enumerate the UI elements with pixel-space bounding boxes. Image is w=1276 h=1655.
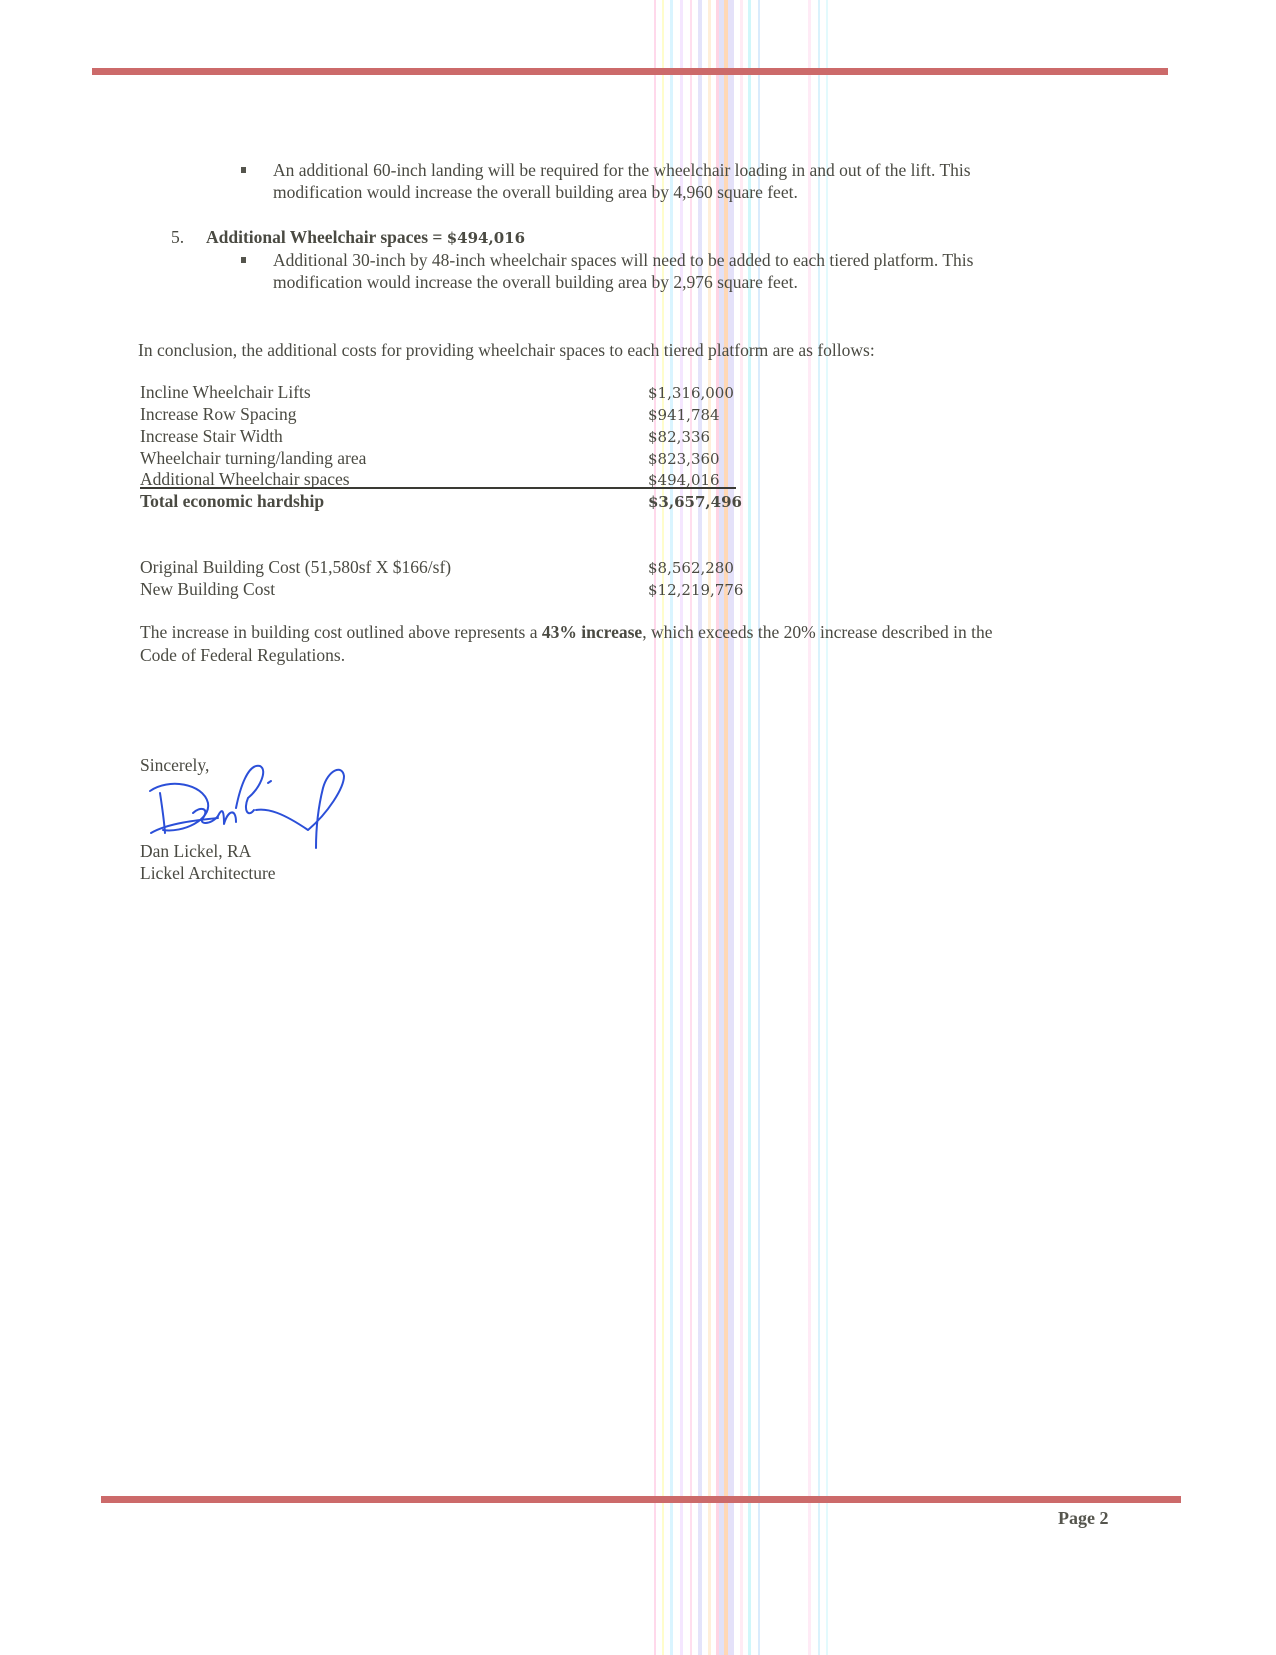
subtotal-rule bbox=[140, 487, 736, 489]
conclusion-intro: In conclusion, the additional costs for … bbox=[138, 339, 875, 361]
cost-label: Increase Row Spacing bbox=[140, 404, 296, 425]
increase-statement-before: The increase in building cost outlined a… bbox=[140, 622, 542, 642]
cost-row: Incline Wheelchair Lifts $1,316,000 bbox=[140, 382, 740, 404]
cost-row: Increase Row Spacing $941,784 bbox=[140, 404, 740, 426]
cost-value: $1,316,000 bbox=[648, 382, 734, 404]
bullet-marker bbox=[241, 167, 246, 173]
item4-bullet-line1: An additional 60-inch landing will be re… bbox=[273, 159, 971, 181]
item5-heading-text: Additional Wheelchair spaces = bbox=[206, 227, 447, 247]
cost-row: Wheelchair turning/landing area $823,360 bbox=[140, 448, 740, 470]
header-rule bbox=[92, 68, 1168, 75]
page-number: Page 2 bbox=[1058, 1508, 1108, 1529]
cost-value: $82,336 bbox=[648, 426, 710, 448]
total-value: $3,657,496 bbox=[648, 491, 742, 513]
building-cost-row: Original Building Cost (51,580sf X $166/… bbox=[140, 557, 740, 579]
signer-company: Lickel Architecture bbox=[140, 862, 276, 884]
total-row: Total economic hardship $3,657,496 bbox=[140, 491, 740, 513]
bullet-marker bbox=[241, 257, 246, 263]
item5-number: 5. bbox=[171, 226, 206, 248]
item5-heading: 5.Additional Wheelchair spaces = $494,01… bbox=[171, 226, 525, 249]
item5-bullet-line1: Additional 30-inch by 48-inch wheelchair… bbox=[273, 249, 973, 271]
increase-statement-line1: The increase in building cost outlined a… bbox=[140, 621, 993, 643]
cost-label: Incline Wheelchair Lifts bbox=[140, 382, 311, 403]
cost-value: $823,360 bbox=[648, 448, 720, 470]
item4-bullet-line2: modification would increase the overall … bbox=[273, 181, 798, 203]
cost-value: $941,784 bbox=[648, 404, 720, 426]
item5-bullet-line2: modification would increase the overall … bbox=[273, 271, 798, 293]
building-cost-label: Original Building Cost (51,580sf X $166/… bbox=[140, 557, 451, 578]
item5-amount: $494,016 bbox=[447, 229, 525, 247]
cost-label: Wheelchair turning/landing area bbox=[140, 448, 366, 469]
total-label: Total economic hardship bbox=[140, 491, 324, 512]
cost-row: Increase Stair Width $82,336 bbox=[140, 426, 740, 448]
building-cost-label: New Building Cost bbox=[140, 579, 275, 600]
cost-label: Increase Stair Width bbox=[140, 426, 283, 447]
signer-name: Dan Lickel, RA bbox=[140, 840, 251, 862]
increase-statement-after: , which exceeds the 20% increase describ… bbox=[642, 622, 992, 642]
increase-statement-bold: 43% increase bbox=[542, 622, 642, 642]
increase-statement-line2: Code of Federal Regulations. bbox=[140, 644, 345, 666]
building-cost-value: $12,219,776 bbox=[648, 579, 743, 601]
building-cost-row: New Building Cost $12,219,776 bbox=[140, 579, 740, 601]
footer-rule bbox=[101, 1496, 1181, 1503]
building-cost-value: $8,562,280 bbox=[648, 557, 734, 579]
